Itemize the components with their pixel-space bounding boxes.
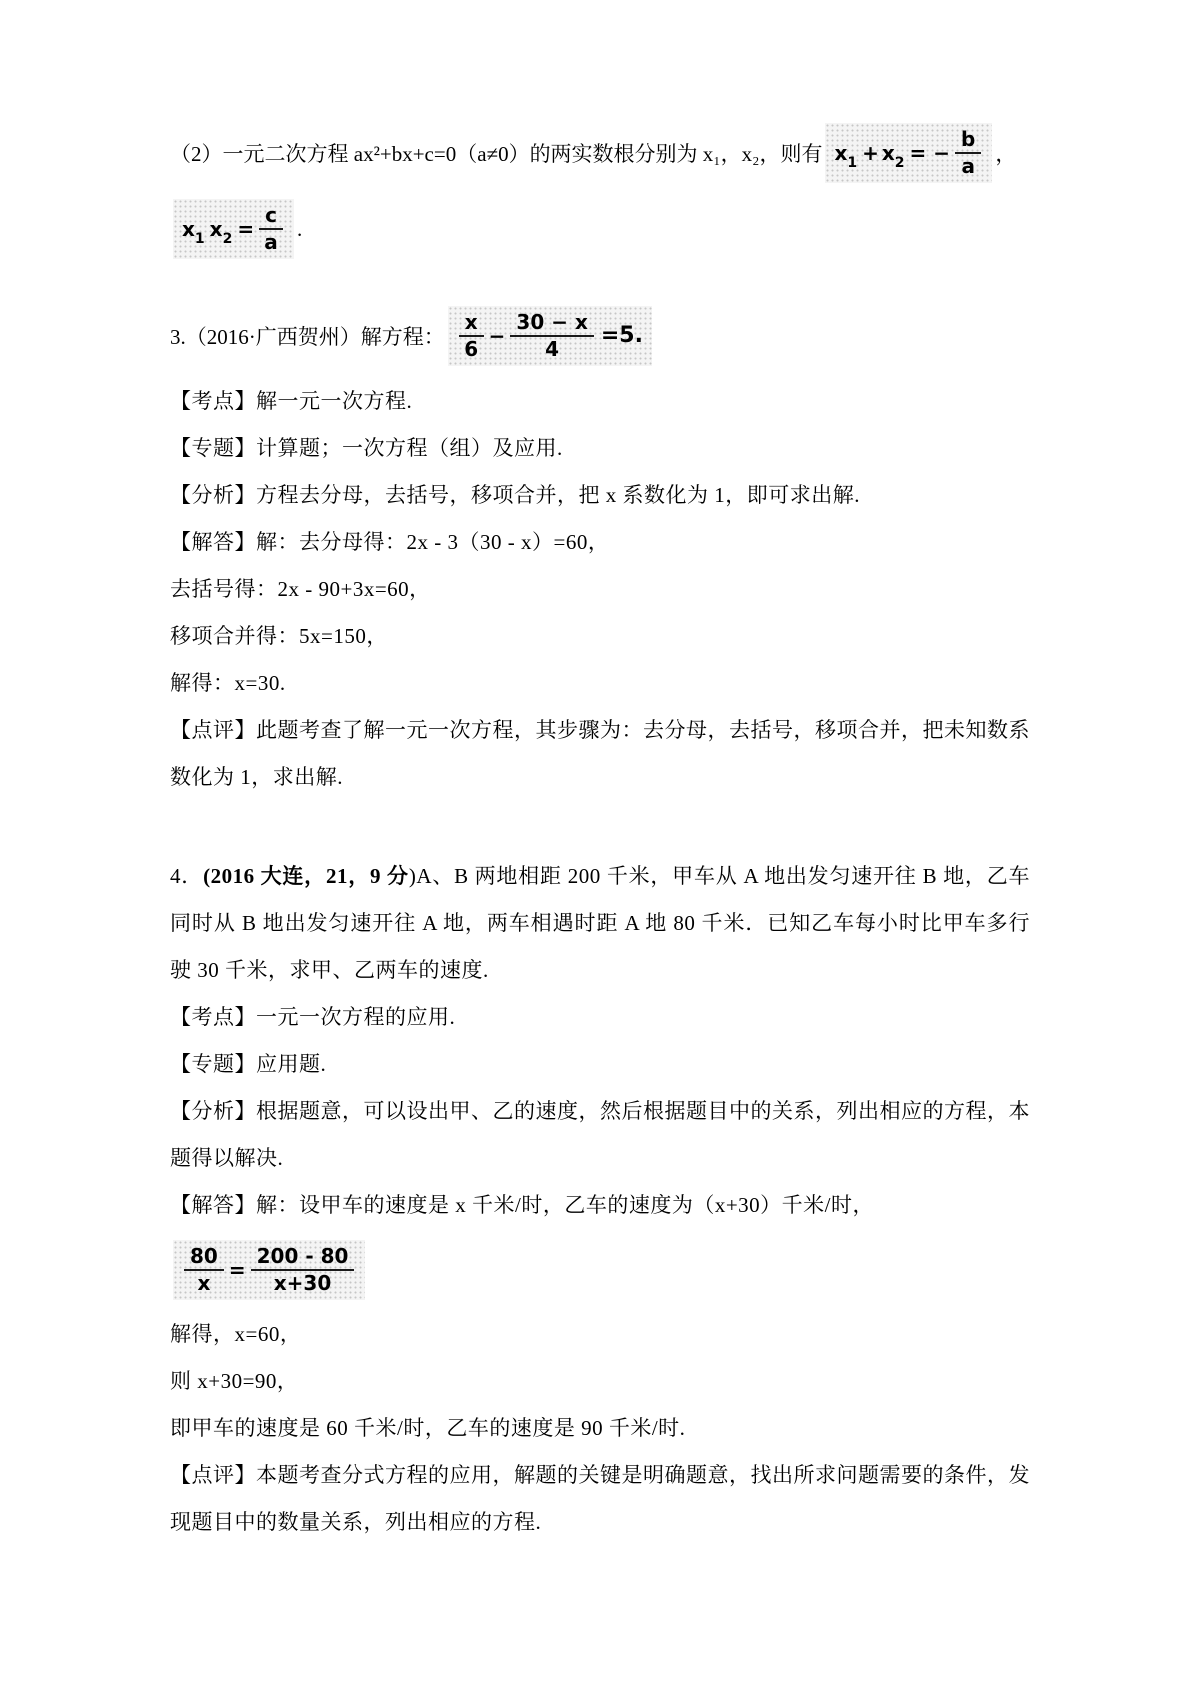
formula-plus-sign: + xyxy=(862,142,879,164)
fraction-b-over-a: b a xyxy=(955,128,981,178)
fraction-200-minus-80-over-x-plus-30: 200 - 80 x+30 xyxy=(251,1245,355,1295)
problem3-equation-image: x 6 − 30 − x 4 =5. xyxy=(448,306,652,366)
formula-equals-5: =5. xyxy=(601,324,643,348)
fraction-c-over-a: c a xyxy=(259,204,283,254)
problem3-step4-line: 解得：x=30. xyxy=(170,660,1030,707)
fraction-30-minus-x-over-4: 30 − x 4 xyxy=(510,311,593,361)
product-of-roots-formula-image: x1 x2 = c a xyxy=(173,199,294,259)
formula-x2: x2 xyxy=(882,142,907,164)
formula-equals-minus: = − xyxy=(910,142,950,164)
problem3-step2-line: 去括号得：2x - 90+3x=60， xyxy=(170,566,1030,613)
comma-after-sum-formula: ， xyxy=(995,138,1016,168)
problem4-kaodian-line: 【考点】一元一次方程的应用. xyxy=(170,994,1030,1041)
problem4-fenxi-line-1: 【分析】根据题意，可以设出甲、乙的速度，然后根据题目中的关系，列出相应的方程，本 xyxy=(170,1088,1030,1135)
problem4-fenxi-line-2: 题得以解决. xyxy=(170,1135,1030,1182)
problem3-heading-line: 3.（2016·广西贺州）解方程： x 6 − 30 − x 4 =5. xyxy=(170,294,1030,378)
sum-of-roots-formula-image: x1 + x2 = − b a xyxy=(825,123,992,183)
problem4-zhuanti-line: 【专题】应用题. xyxy=(170,1041,1030,1088)
problem4-solution-line-3: 即甲车的速度是 60 千米/时，乙车的速度是 90 千米/时. xyxy=(170,1405,1030,1452)
problem4-statement-line-2: 同时从 B 地出发匀速开往 A 地，两车相遇时距 A 地 80 千米．已知乙车每… xyxy=(170,900,1030,947)
vieta-intro-text: （2）一元二次方程 ax²+bx+c=0（a≠0）的两实数根分别为 x₁，x₂，… xyxy=(170,138,822,168)
problem3-dianping-line-2: 数化为 1，求出解. xyxy=(170,754,1030,801)
section-gap xyxy=(170,801,1030,853)
problem4-source-bold: (2016 大连，21，9 分 xyxy=(203,864,409,888)
formula-x2: x2 xyxy=(210,218,235,240)
problem3-heading-text: 3.（2016·广西贺州）解方程： xyxy=(170,321,445,351)
problem4-equation-line: 80 x = 200 - 80 x+30 xyxy=(170,1229,1030,1311)
problem3-dianping-line-1: 【点评】此题考查了解一元一次方程，其步骤为：去分母，去括号，移项合并，把未知数系 xyxy=(170,707,1030,754)
vieta-line-2: x1 x2 = c a . xyxy=(170,194,1030,264)
problem3-jieda-line: 【解答】解：去分母得：2x - 3（30 - x）=60， xyxy=(170,519,1030,566)
problem4-solution-line-1: 解得，x=60， xyxy=(170,1311,1030,1358)
problem3-fenxi-line: 【分析】方程去分母，去括号，移项合并，把 x 系数化为 1，即可求出解. xyxy=(170,472,1030,519)
vieta-line-1: （2）一元二次方程 ax²+bx+c=0（a≠0）的两实数根分别为 x₁，x₂，… xyxy=(170,112,1030,194)
problem3-zhuanti-line: 【专题】计算题；一次方程（组）及应用. xyxy=(170,425,1030,472)
fraction-80-over-x: 80 x xyxy=(184,1245,224,1295)
formula-x1: x1 xyxy=(182,218,207,240)
problem4-dianping-line-1: 【点评】本题考查分式方程的应用，解题的关键是明确题意，找出所求问题需要的条件，发 xyxy=(170,1452,1030,1499)
formula-x1: x1 xyxy=(834,142,859,164)
problem4-statement-part1: A、B 两地相距 200 千米，甲车从 A 地出发匀速开往 B 地，乙车 xyxy=(416,864,1030,888)
problem4-number: 4． xyxy=(170,864,203,888)
problem4-equation-image: 80 x = 200 - 80 x+30 xyxy=(173,1240,365,1300)
formula-equals-sign: = xyxy=(229,1259,246,1281)
section-gap xyxy=(170,264,1030,294)
document-page: （2）一元二次方程 ax²+bx+c=0（a≠0）的两实数根分别为 x₁，x₂，… xyxy=(170,0,1030,1546)
problem3-kaodian-line: 【考点】解一元一次方程. xyxy=(170,378,1030,425)
problem4-statement-line-3: 驶 30 千米，求甲、乙两车的速度. xyxy=(170,947,1030,994)
problem4-heading-line: 4．(2016 大连，21，9 分)A、B 两地相距 200 千米，甲车从 A … xyxy=(170,853,1030,900)
problem4-solution-line-2: 则 x+30=90， xyxy=(170,1358,1030,1405)
period-after-product-formula: . xyxy=(297,217,302,242)
problem3-step3-line: 移项合并得：5x=150， xyxy=(170,613,1030,660)
problem4-dianping-line-2: 现题目中的数量关系，列出相应的方程. xyxy=(170,1499,1030,1546)
formula-minus-sign: − xyxy=(489,325,506,347)
fraction-x-over-6: x 6 xyxy=(459,311,484,361)
formula-equals-sign: = xyxy=(237,218,254,240)
problem4-jieda-line: 【解答】解：设甲车的速度是 x 千米/时，乙车的速度为（x+30）千米/时， xyxy=(170,1182,1030,1229)
